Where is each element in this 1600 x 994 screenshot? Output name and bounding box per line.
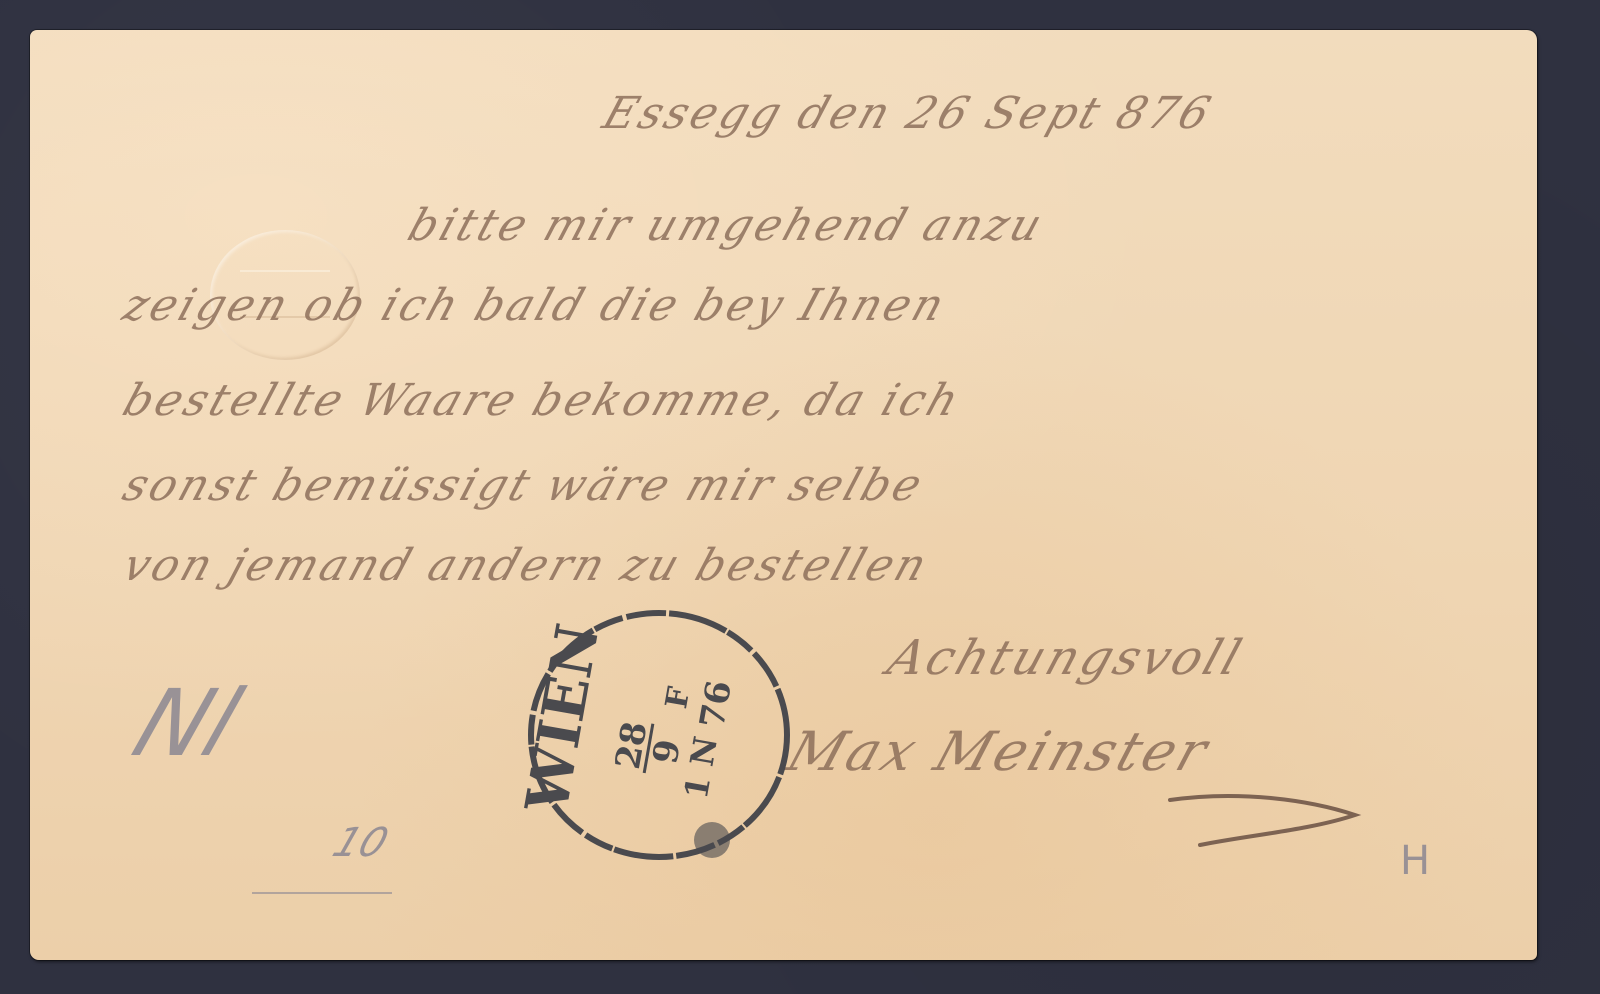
pencil-mark-bottom: 10 <box>327 820 395 866</box>
pencil-mark-left: Nl <box>121 670 254 777</box>
letter-line-1: bitte mir umgehend anzu <box>402 200 1051 251</box>
postmark-letter: F <box>659 684 697 711</box>
postmark-year: 76 <box>692 678 740 732</box>
postmark-city: WIEN <box>522 619 612 818</box>
letter-line-3: bestellte Waare bekomme, da ich <box>117 375 968 426</box>
pencil-mark-h: H <box>1400 838 1430 884</box>
letter-line-2: zeigen ob ich bald die bey Ihnen <box>117 280 953 331</box>
signature: Max Meinster <box>780 720 1218 783</box>
letter-line-4: sonst bemüssigt wäre mir selbe <box>117 460 931 511</box>
signature-flourish <box>1160 790 1390 870</box>
letter-line-5: von jemand andern zu bestellen <box>117 540 936 591</box>
dateline: Essegg den 26 Sept 876 <box>597 88 1220 139</box>
pencil-underline <box>252 892 392 894</box>
closing: Achtungsvoll <box>881 630 1251 686</box>
postmark-wien: WIEN 28 9 1 N F 76 <box>522 604 796 866</box>
postal-card: Essegg den 26 Sept 876 bitte mir umgehen… <box>30 30 1537 960</box>
